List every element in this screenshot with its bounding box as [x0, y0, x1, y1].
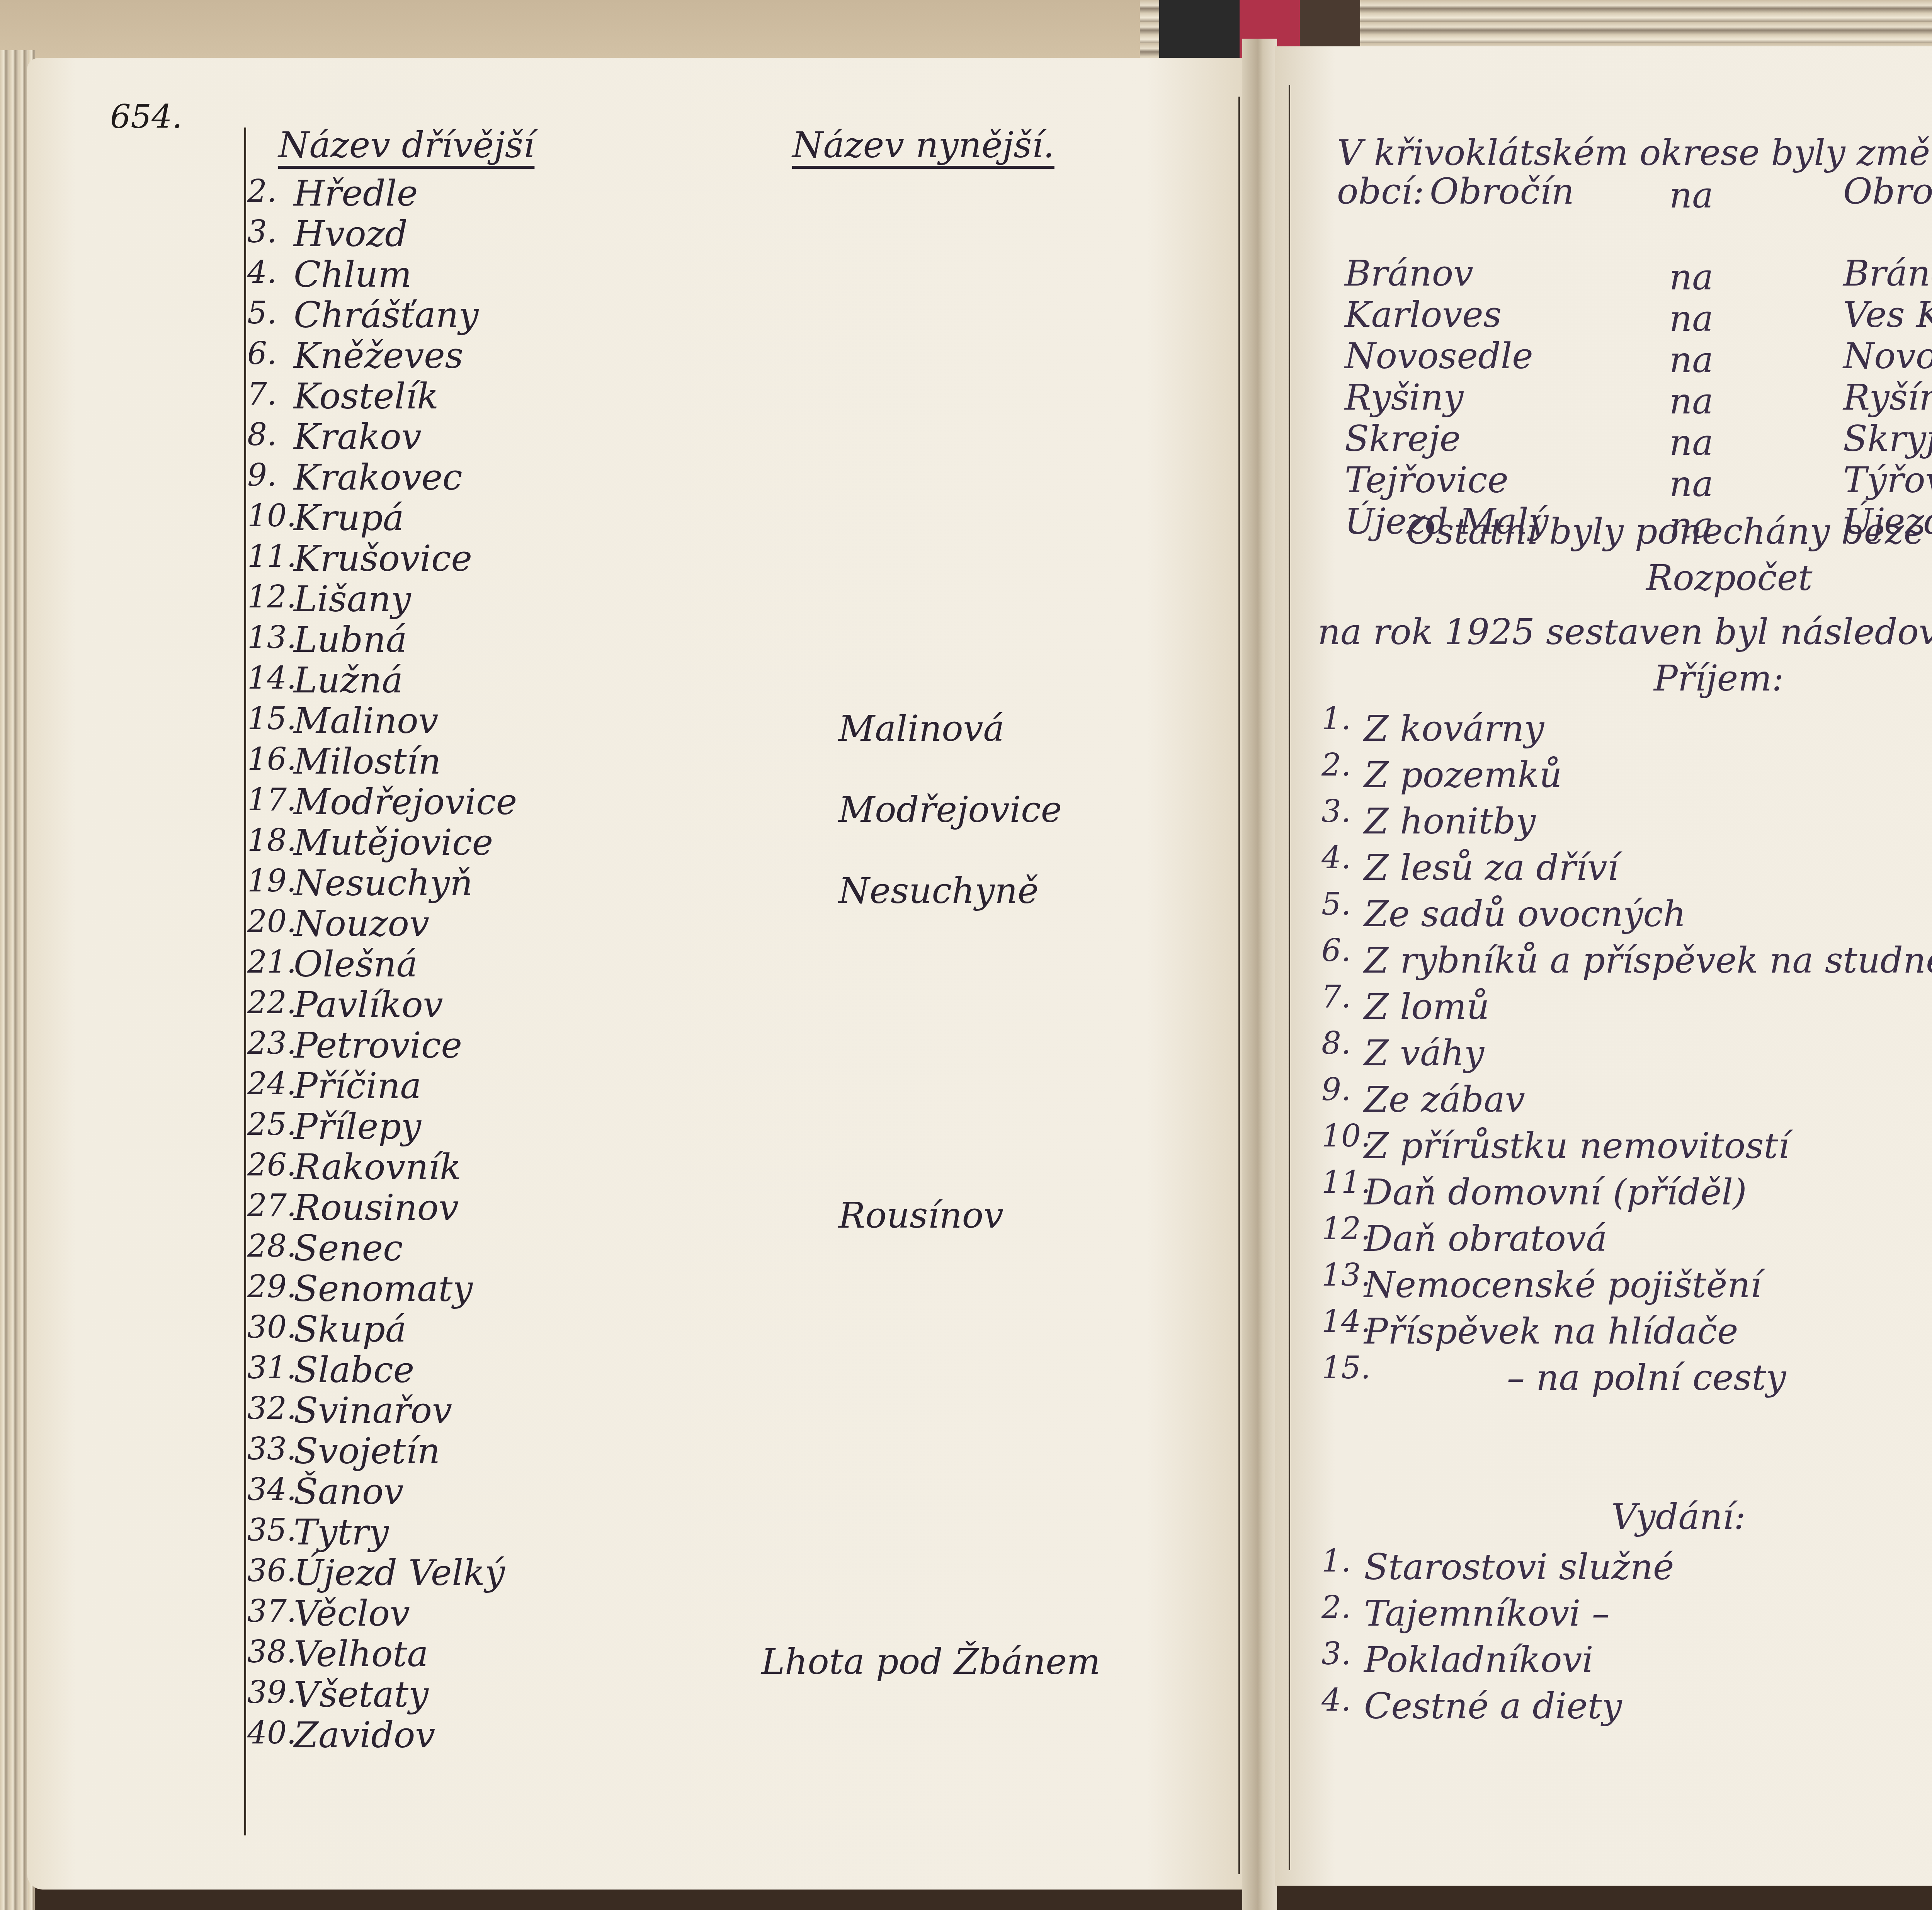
- income-number: 9.: [1321, 1074, 1351, 1105]
- row-number: 21.: [247, 947, 296, 978]
- row-number: 12.: [247, 582, 296, 612]
- row-number: 8.: [247, 419, 277, 450]
- income-label: Z přírůstku nemovitostí: [1364, 1128, 1789, 1164]
- former-name: Krakov: [294, 419, 422, 455]
- former-name: Chrášťany: [294, 298, 479, 333]
- income-label: Daň domovní (příděl): [1364, 1175, 1747, 1210]
- former-name: Petrovice: [294, 1028, 462, 1063]
- income-number: 3.: [1321, 796, 1351, 827]
- income-number: 13.: [1321, 1260, 1371, 1291]
- row-number: 6.: [247, 338, 277, 369]
- row-number: 24.: [247, 1068, 296, 1099]
- former-name: Hředle: [294, 176, 418, 211]
- row-number: 40.: [247, 1718, 296, 1748]
- rename-to: Novosedly: [1843, 338, 1932, 374]
- income-label: – na polní cesty: [1507, 1360, 1786, 1396]
- row-number: 28.: [247, 1231, 296, 1262]
- income-label: Ze sadů ovocných: [1364, 896, 1686, 932]
- income-amount: 800·: [1882, 715, 1932, 750]
- expense-label: Cestné a diety: [1364, 1689, 1622, 1724]
- income-amount: 610·: [1882, 1179, 1932, 1214]
- income-number: 11.: [1321, 1167, 1371, 1198]
- income-label: Z honitby: [1364, 804, 1536, 839]
- rename-word: na: [1669, 384, 1713, 419]
- rename-to: Skryje: [1843, 421, 1932, 457]
- right-page-gutter-rule: [1289, 85, 1290, 1870]
- former-name: Pavlíkov: [294, 987, 443, 1023]
- row-number: 25.: [247, 1109, 296, 1140]
- expense-amount: 1.000·: [1882, 1557, 1932, 1593]
- expense-number: 4.: [1321, 1685, 1351, 1716]
- expense-number: 3.: [1321, 1638, 1351, 1669]
- income-number: 8.: [1321, 1028, 1351, 1059]
- former-name: Lužná: [294, 663, 403, 698]
- income-amount: 2.000·: [1882, 1086, 1932, 1121]
- row-number: 17.: [247, 784, 296, 815]
- income-label: Nemocenské pojištění: [1364, 1267, 1762, 1303]
- expense-label: Tajemníkovi –: [1364, 1596, 1610, 1631]
- expense-amount: 480·: [1882, 1696, 1932, 1732]
- income-number: 7.: [1321, 981, 1351, 1012]
- row-number: 34.: [247, 1474, 296, 1505]
- former-name: Rakovník: [294, 1150, 461, 1185]
- former-name: Krupá: [294, 500, 404, 536]
- rename-from: Karloves: [1345, 297, 1502, 333]
- rename-to: Obročíněves: [1843, 174, 1932, 209]
- former-name: Újezd Velký: [294, 1555, 505, 1591]
- rename-from: Skreje: [1345, 421, 1461, 457]
- rename-from: Obročín: [1430, 174, 1574, 209]
- row-number: 13.: [247, 622, 296, 653]
- rename-to: Ves Karlova: [1843, 297, 1932, 333]
- rename-to: Bránov: [1843, 256, 1932, 291]
- rename-to: Týřovice: [1843, 463, 1932, 498]
- income-title: Příjem:: [1654, 661, 1784, 696]
- income-number: 2.: [1321, 750, 1351, 781]
- former-name: Tytry: [294, 1515, 389, 1550]
- income-number: 12.: [1321, 1213, 1371, 1244]
- income-number: 5.: [1321, 889, 1351, 920]
- income-amount: 100·: [1882, 993, 1932, 1029]
- former-name: Šanov: [294, 1474, 404, 1510]
- row-number: 14.: [247, 663, 296, 694]
- row-number: 5.: [247, 298, 277, 328]
- row-number: 38.: [247, 1636, 296, 1667]
- former-name: Modřejovice: [294, 784, 517, 820]
- income-label: Příspěvek na hlídače: [1364, 1314, 1738, 1349]
- income-amount: 275·: [1882, 808, 1932, 843]
- income-amount: 6.200·: [1882, 761, 1932, 797]
- former-name: Velhota: [294, 1636, 428, 1672]
- row-number: 39.: [247, 1677, 296, 1708]
- expense-label: Starostovi služné: [1364, 1549, 1674, 1585]
- former-name: Malinov: [294, 703, 439, 739]
- expense-label: Pokladníkovi: [1364, 1642, 1594, 1678]
- expense-amount: 1.000·: [1882, 1650, 1932, 1685]
- rename-from: Bránov: [1345, 256, 1473, 291]
- former-name: Senomaty: [294, 1271, 473, 1307]
- income-amount: 20.000: [1882, 1364, 1932, 1400]
- row-number: 26.: [247, 1150, 296, 1180]
- former-name: Zavidov: [294, 1718, 435, 1753]
- current-name: Lhota pod Žbánem: [761, 1644, 1100, 1680]
- row-number: 10.: [247, 500, 296, 531]
- former-name: Skupá: [294, 1312, 406, 1347]
- page-number-left: 654.: [110, 100, 182, 133]
- row-number: 7.: [247, 379, 277, 410]
- rename-word: na: [1669, 301, 1713, 337]
- former-name: Rousinov: [294, 1190, 459, 1226]
- others-unchanged-line: Ostatní byly ponechány beze změny.: [1406, 514, 1932, 549]
- rename-from: Novosedle: [1345, 338, 1533, 374]
- left-margin-rule: [244, 128, 246, 1835]
- current-name: Modřejovice: [838, 792, 1062, 828]
- row-number: 3.: [247, 216, 277, 247]
- rename-word: na: [1669, 466, 1713, 502]
- income-number: 14.: [1321, 1306, 1371, 1337]
- income-amount: 500·: [1882, 947, 1932, 982]
- former-name: Chlum: [294, 257, 412, 293]
- income-amount: 3.000·: [1882, 900, 1932, 936]
- former-name: Nouzov: [294, 906, 429, 942]
- income-number: 15.: [1321, 1352, 1371, 1383]
- income-label: Ze zábav: [1364, 1082, 1525, 1117]
- row-number: 19.: [247, 866, 296, 896]
- row-number: 31.: [247, 1352, 296, 1383]
- current-name: Nesuchyně: [838, 873, 1039, 909]
- former-name: Lišany: [294, 582, 411, 617]
- income-amount: 3.000·: [1882, 1318, 1932, 1353]
- income-label: Z pozemků: [1364, 757, 1562, 793]
- income-number: 1.: [1321, 703, 1351, 734]
- rename-word: na: [1669, 178, 1713, 213]
- income-amount: 500·: [1882, 1271, 1932, 1307]
- income-amount: 28.000·: [1882, 1132, 1932, 1168]
- expense-amount: 3.600·: [1882, 1604, 1932, 1639]
- former-name: Příčina: [294, 1068, 421, 1104]
- income-label: Z rybníků a příspěvek na studně: [1364, 943, 1932, 978]
- row-number: 15.: [247, 703, 296, 734]
- row-number: 29.: [247, 1271, 296, 1302]
- row-number: 30.: [247, 1312, 296, 1343]
- former-name: Všetaty: [294, 1677, 429, 1713]
- former-name: Lubná: [294, 622, 407, 658]
- row-number: 27.: [247, 1190, 296, 1221]
- former-name: Milostín: [294, 744, 441, 779]
- former-name: Krušovice: [294, 541, 472, 577]
- former-name: Přílepy: [294, 1109, 421, 1145]
- row-number: 32.: [247, 1393, 296, 1424]
- row-number: 23.: [247, 1028, 296, 1059]
- intro-prefix: obcí:: [1337, 174, 1424, 209]
- left-page-gutter-rule: [1238, 97, 1240, 1874]
- row-number: 4.: [247, 257, 277, 288]
- former-name: Kněževes: [294, 338, 463, 374]
- rename-to: Ryšín: [1843, 380, 1932, 415]
- income-number: 10.: [1321, 1121, 1371, 1151]
- budget-title: Rozpočet: [1646, 560, 1812, 596]
- rename-word: na: [1669, 260, 1713, 295]
- income-label: Z lesů za dříví: [1364, 850, 1619, 886]
- rename-from: Ryšiny: [1345, 380, 1464, 415]
- former-name: Krakovec: [294, 460, 463, 495]
- income-amount: 3.100·: [1882, 854, 1932, 890]
- row-number: 37.: [247, 1596, 296, 1627]
- former-name: Věclov: [294, 1596, 410, 1631]
- row-number: 35.: [247, 1515, 296, 1546]
- income-label: Z lomů: [1364, 989, 1489, 1025]
- former-name: Olešná: [294, 947, 418, 982]
- former-name: Svojetín: [294, 1434, 440, 1469]
- former-name: Mutějovice: [294, 825, 493, 861]
- current-name: Malinová: [838, 711, 1004, 747]
- left-page: [27, 58, 1244, 1890]
- row-number: 11.: [247, 541, 296, 572]
- former-name: Nesuchyň: [294, 866, 473, 901]
- income-number: 6.: [1321, 935, 1351, 966]
- row-number: 9.: [247, 460, 277, 491]
- expense-title: Vydání:: [1611, 1499, 1746, 1535]
- expense-number: 2.: [1321, 1592, 1351, 1623]
- former-name: Kostelík: [294, 379, 439, 414]
- row-number: 36.: [247, 1555, 296, 1586]
- row-number: 22.: [247, 987, 296, 1018]
- row-number: 16.: [247, 744, 296, 775]
- rename-from: Tejřovice: [1345, 463, 1509, 498]
- former-name: Svinařov: [294, 1393, 452, 1429]
- row-number: 18.: [247, 825, 296, 856]
- expense-number: 1.: [1321, 1546, 1351, 1577]
- income-amount: 60·: [1882, 1039, 1932, 1075]
- income-label: Z kovárny: [1364, 711, 1544, 747]
- former-name: Slabce: [294, 1352, 414, 1388]
- column-header-former: Název dřívější: [278, 128, 534, 163]
- budget-subtitle: na rok 1925 sestaven byl následovně:: [1318, 614, 1932, 650]
- intro-line: V křivoklátském okrese byly změněny názv…: [1337, 135, 1932, 171]
- column-header-current: Název nynější.: [792, 128, 1054, 163]
- row-number: 33.: [247, 1434, 296, 1464]
- income-label: Daň obratová: [1364, 1221, 1607, 1257]
- rename-word: na: [1669, 342, 1713, 378]
- income-number: 4.: [1321, 842, 1351, 873]
- row-number: 2.: [247, 176, 277, 207]
- income-amount: 4.285·: [1882, 1225, 1932, 1260]
- current-name: Rousínov: [838, 1198, 1003, 1233]
- former-name: Hvozd: [294, 216, 408, 252]
- former-name: Senec: [294, 1231, 403, 1266]
- rename-word: na: [1669, 425, 1713, 461]
- row-number: 20.: [247, 906, 296, 937]
- book-spine: [1242, 39, 1277, 1910]
- income-label: Z váhy: [1364, 1036, 1484, 1071]
